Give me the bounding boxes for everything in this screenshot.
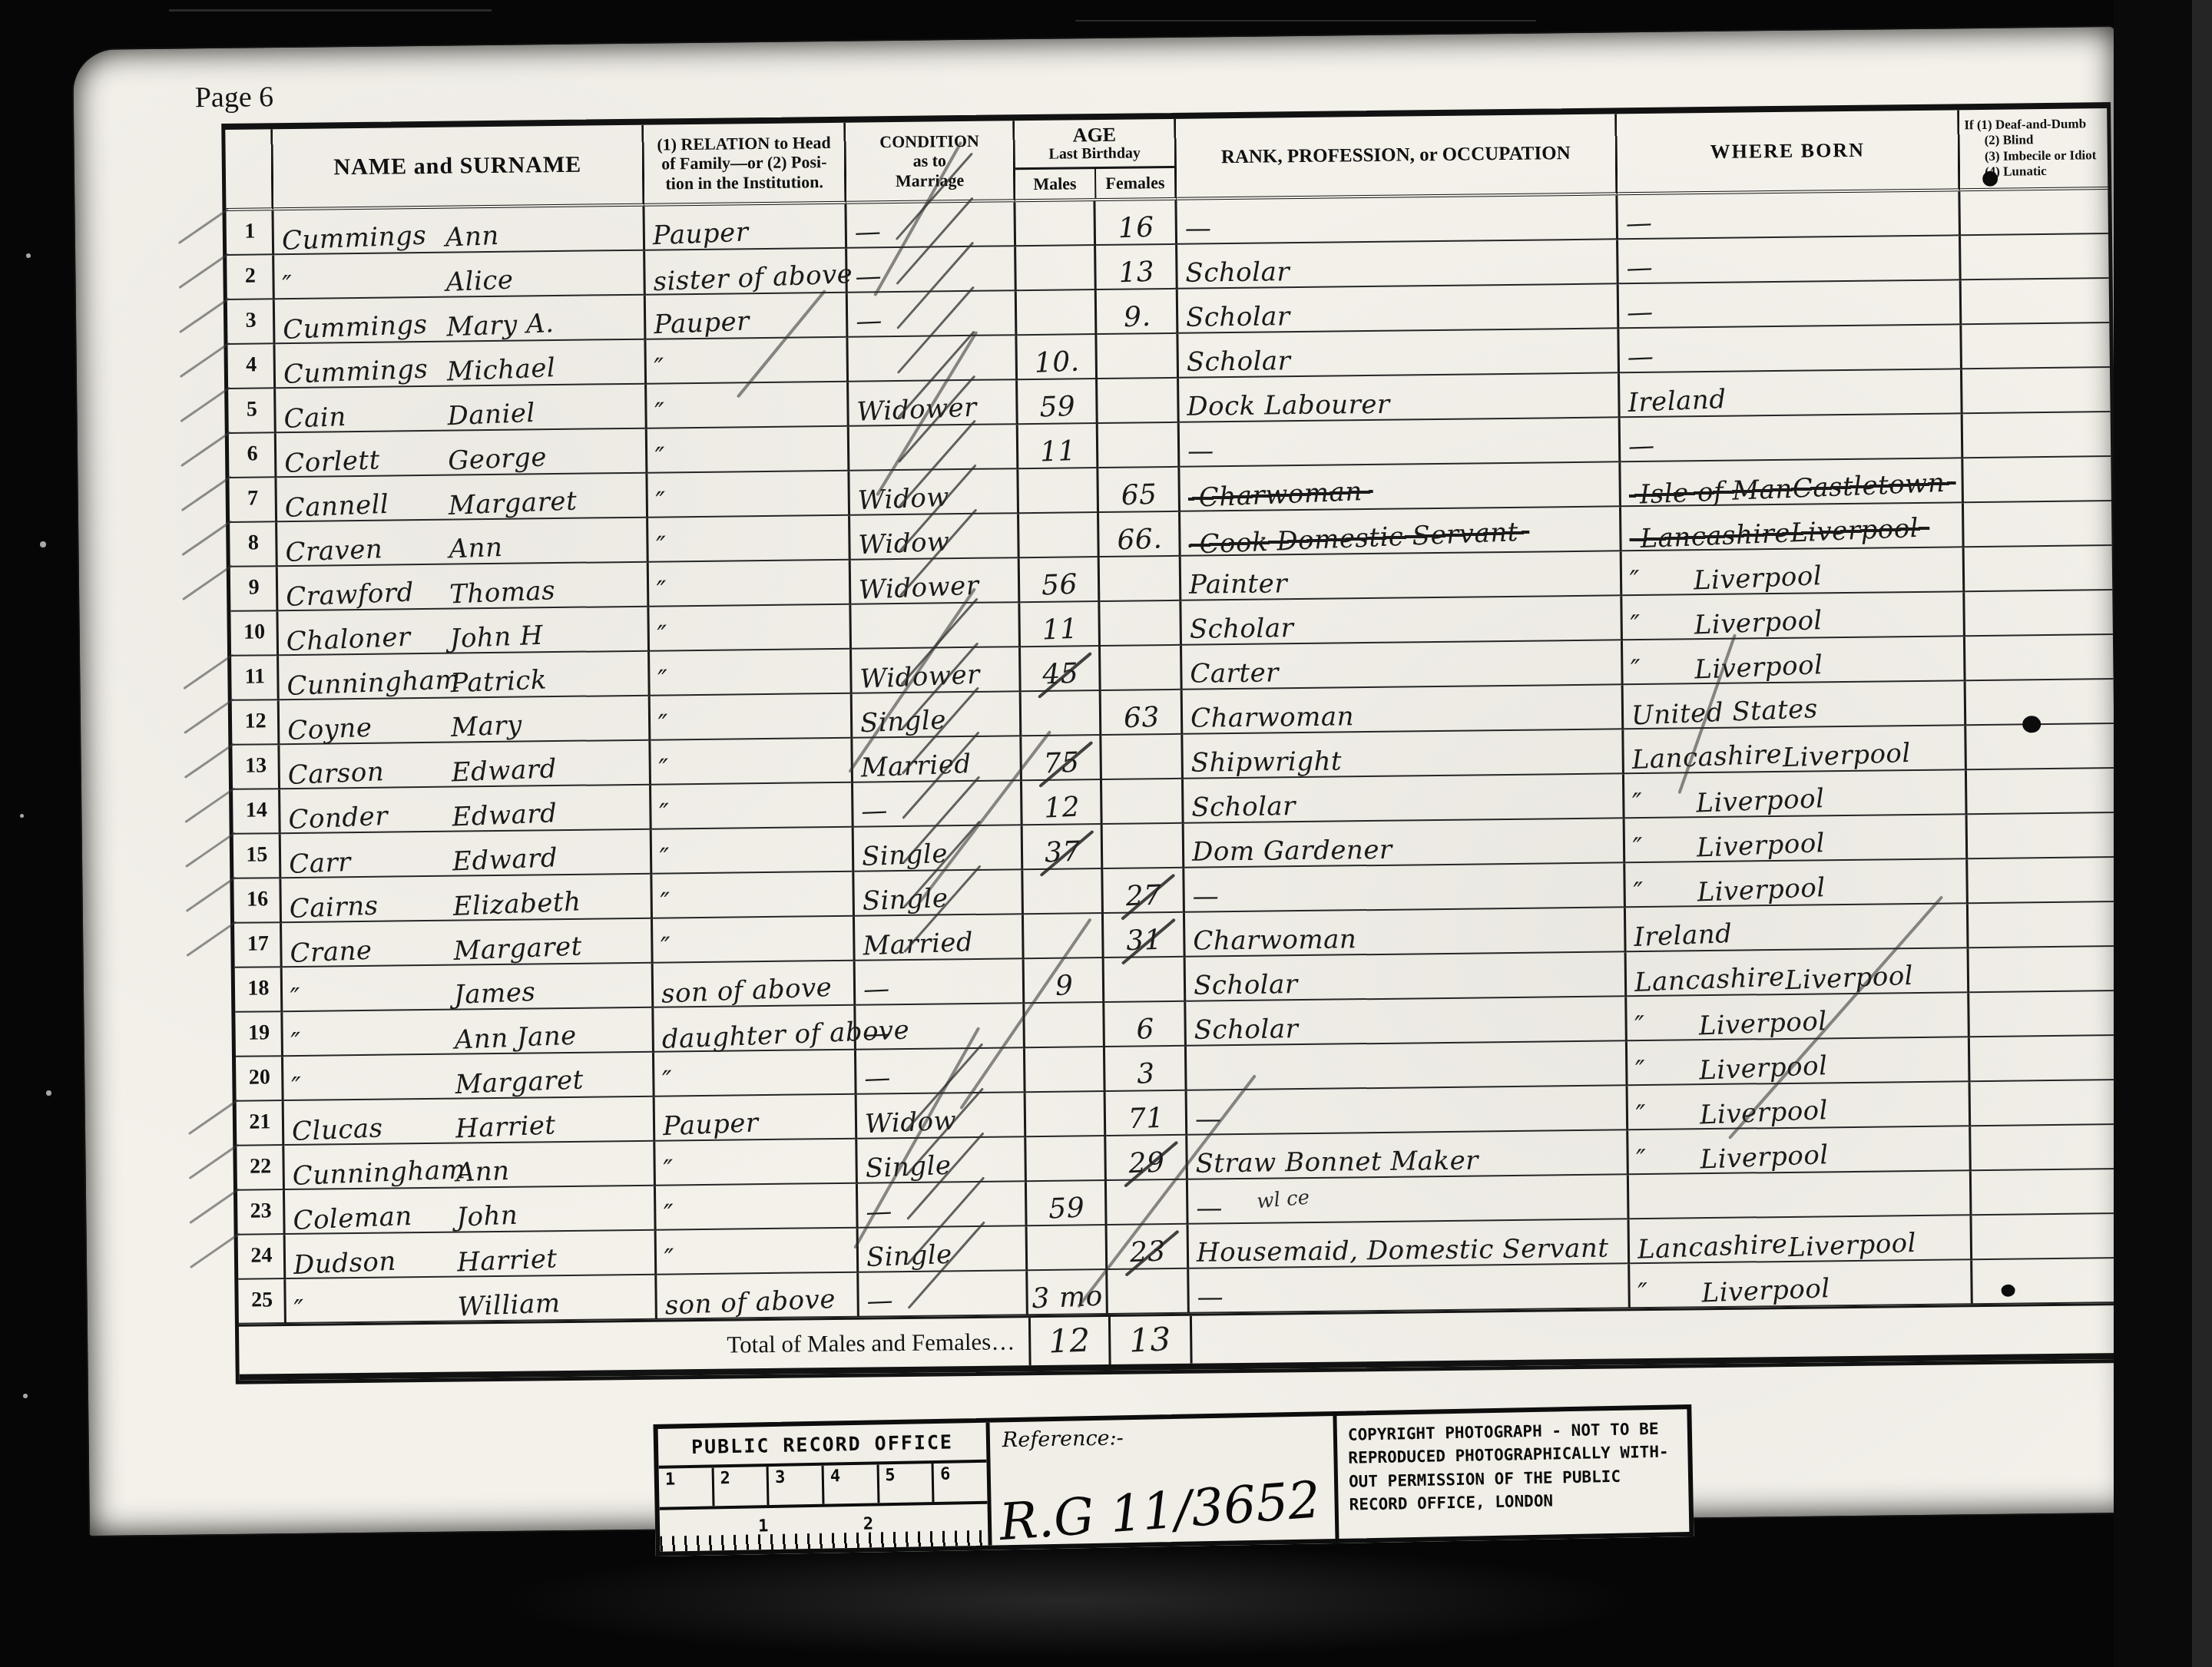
born-text: Ireland (1634, 922, 1733, 949)
cell-surname: Dudson (293, 1246, 457, 1278)
row-number: 11 (231, 656, 280, 701)
film-scratch (1075, 20, 1536, 21)
ink-blob (2002, 1285, 2015, 1297)
row-number: 15 (233, 834, 282, 879)
totals-females: 13 (1129, 1323, 1172, 1357)
born-prefix: ″ (1629, 565, 1694, 594)
cell-name: ″Margaret (283, 1053, 655, 1101)
cell-infirmity (1960, 190, 2108, 236)
relation-text: ″ (655, 444, 667, 470)
cell-condition: — (859, 1271, 1028, 1317)
occupation-value: Charwoman (1198, 476, 1363, 513)
cell-relation: ″ (647, 471, 850, 518)
age-female-value: 71 (1128, 1104, 1164, 1133)
relation-text: ″ (654, 399, 666, 425)
occupation-text: Scholar (1190, 615, 1294, 643)
film-speck (20, 814, 24, 818)
born-prefix: ″ (1635, 1055, 1700, 1083)
born-text: ″Liverpool (1633, 832, 1772, 860)
ruler-fine-number: 1 (758, 1517, 769, 1536)
cell-occupation: Straw Bonnet Maker (1187, 1130, 1629, 1180)
born-place: Liverpool (1701, 1275, 1830, 1307)
occupation-value: Dock Labourer (1187, 389, 1390, 422)
cell-occupation: Scholar (1178, 329, 1620, 379)
born-prefix: ″ (1634, 1010, 1699, 1039)
microfilm-scan: Page 6 NAME and SURNAME (1) RELATION to … (0, 0, 2212, 1667)
born-prefix: Lancashire (1631, 741, 1783, 773)
ruler-inch-number: 1 (659, 1467, 715, 1507)
cell-name: ″William (286, 1275, 657, 1324)
cell-forename: John H (449, 623, 544, 653)
cell-relation: ″ (649, 605, 852, 652)
margin-check-mark (189, 1143, 240, 1179)
header-name: NAME and SURNAME (273, 125, 644, 210)
occupation-text: Charwoman (1187, 478, 1373, 511)
cell-age-female: 3 (1105, 1047, 1187, 1092)
cell-occupation: — (1184, 863, 1626, 913)
cell-surname: ″ (291, 1068, 455, 1100)
cell-where-born: ″Liverpool (1623, 637, 1966, 685)
cell-age-male (1018, 468, 1099, 514)
row-number: 6 (229, 433, 277, 478)
cell-where-born: LancashireLiverpool (1624, 726, 1967, 774)
row-number: 5 (228, 389, 276, 434)
occupation-value: Scholar (1194, 1014, 1298, 1046)
cell-where-born: ″Liverpool (1630, 1260, 1973, 1308)
born-text: LancashireLiverpool (1632, 742, 1911, 771)
born-prefix: Lancashire (1640, 520, 1791, 552)
born-prefix: Lancashire (1634, 964, 1785, 996)
row-number: 20 (236, 1057, 284, 1102)
relation-text: Pauper (652, 219, 749, 249)
cell-occupation: Housemaid, Domestic Servant (1189, 1219, 1631, 1269)
cell-name: ″Alice (274, 251, 646, 299)
born-text: ″Liverpool (1635, 1055, 1774, 1083)
cell-age-female: 9. (1097, 289, 1179, 335)
cell-forename: Margaret (454, 1067, 584, 1098)
cell-where-born: ″Liverpool (1625, 859, 1969, 908)
cell-forename: Michael (446, 355, 556, 385)
relation-text: ″ (658, 756, 670, 782)
occupation-text: — (1193, 883, 1220, 909)
row-number: 4 (227, 344, 276, 389)
age-male-value: 75 (1043, 749, 1080, 779)
cell-occupation: Cook Domestic Servant (1181, 507, 1622, 557)
born-place: Liverpool (1787, 1230, 1916, 1262)
cell-forename: Ann (448, 534, 502, 563)
cell-where-born: LancashireLiverpool (1627, 948, 1970, 997)
age-female-value: 3 (1136, 1060, 1155, 1089)
header-where-born: WHERE BORN (1617, 110, 1960, 195)
cell-infirmity (1972, 1214, 2120, 1260)
age-male-value: 45 (1042, 660, 1079, 690)
stamp-ruler-fine: 12 (660, 1504, 988, 1552)
row-number: 21 (237, 1101, 285, 1146)
relation-text: ″ (659, 800, 671, 826)
born-place: Liverpool (1697, 875, 1826, 906)
born-prefix: ″ (1632, 832, 1697, 861)
cell-age-male: 11 (1018, 424, 1099, 469)
born-text: — (1626, 210, 1653, 236)
cell-age-male: 59 (1027, 1181, 1108, 1226)
cell-name: CraneMargaret (282, 919, 654, 967)
row-number: 2 (227, 255, 275, 300)
cell-relation: ″ (651, 694, 853, 741)
born-prefix: — (1626, 299, 1654, 326)
cell-relation: ″ (651, 783, 854, 830)
born-prefix: ″ (1632, 788, 1697, 816)
cell-infirmity (1963, 457, 2111, 503)
cell-relation: ″ (655, 1139, 858, 1186)
cell-surname: ″ (290, 979, 455, 1011)
cell-infirmity (1972, 1259, 2121, 1305)
cell-name: DudsonHarriet (286, 1231, 657, 1279)
cell-surname: Cummings (281, 222, 445, 254)
cell-relation: sister of above (645, 249, 848, 296)
cell-relation: son of above (654, 961, 856, 1008)
condition-text: — (863, 976, 890, 1003)
born-prefix: ″ (1631, 654, 1695, 683)
cell-name: CainDaniel (276, 385, 647, 433)
table-body: 1CummingsAnnPauper—16——2″Alicesister of … (227, 190, 2121, 1325)
cell-name: CarsonEdward (280, 741, 651, 789)
margin-check-mark (188, 1099, 239, 1135)
cell-relation: Pauper (655, 1095, 858, 1142)
margin-check-mark (184, 743, 235, 779)
cell-infirmity (1967, 769, 2115, 815)
cell-surname: Cannell (284, 489, 449, 521)
cell-occupation: Scholar (1177, 240, 1619, 289)
cell-surname: Cummings (283, 311, 447, 343)
cell-relation: son of above (657, 1273, 859, 1320)
cell-relation: ″ (653, 917, 856, 964)
cell-infirmity (1971, 1080, 2119, 1126)
cell-name: CunninghamAnn (284, 1142, 656, 1190)
margin-check-mark (190, 1232, 240, 1268)
cell-relation: ″ (652, 828, 855, 875)
cell-where-born: ″Liverpool (1624, 770, 1968, 819)
film-edge-strip (2192, 0, 2212, 1667)
occupation-text: — (1195, 1106, 1222, 1132)
born-text: — (1627, 299, 1654, 326)
born-prefix: — (1628, 432, 1655, 459)
header-age: AGE Last Birthday Males Females (1015, 119, 1177, 202)
cell-surname: Craven (285, 534, 449, 566)
row-number: 1 (227, 210, 275, 256)
born-place: Liverpool (1700, 1142, 1829, 1173)
cell-where-born: ″Liverpool (1628, 1082, 1972, 1130)
cell-occupation: — (1180, 418, 1621, 468)
row-number: 10 (230, 611, 279, 657)
born-text: — (1628, 433, 1655, 459)
occupation-value: — (1197, 1282, 1224, 1312)
cell-age-male: 56 (1020, 557, 1101, 603)
age-female-value: 13 (1118, 259, 1155, 288)
cell-name: CravenAnn (277, 518, 649, 567)
cell-infirmity (1965, 635, 2114, 681)
born-place: Liverpool (1699, 1097, 1828, 1129)
census-page: Page 6 NAME and SURNAME (1) RELATION to … (73, 27, 2133, 1536)
cell-name: CorlettGeorge (276, 429, 648, 478)
row-number: 14 (233, 789, 281, 835)
totals-label: Total of Males and Females… (239, 1318, 1029, 1374)
occupation-value: Scholar (1187, 346, 1291, 378)
cell-name: ConderEdward (280, 786, 652, 834)
cell-age-female: 63 (1101, 690, 1184, 736)
relation-text: ″ (659, 845, 671, 871)
cell-forename: Harriet (456, 1245, 558, 1275)
cell-relation: daughter of above (654, 1006, 856, 1053)
relation-text: ″ (662, 1067, 674, 1093)
cell-age-female (1101, 735, 1184, 780)
born-prefix: Lancashire (1637, 1231, 1788, 1263)
age-female-value: 31 (1126, 926, 1163, 955)
relation-text: ″ (655, 488, 667, 514)
cell-surname: Coyne (287, 712, 452, 744)
occupation-value: Carter (1190, 657, 1279, 689)
age-female-value: 23 (1129, 1238, 1166, 1267)
header-relation-line: tion in the Institution. (665, 172, 823, 193)
born-text: ″Liverpool (1636, 1100, 1775, 1127)
cell-where-born: Isle of ManCastletown (1621, 458, 1964, 507)
born-text: United States (1631, 698, 1818, 726)
cell-occupation: Shipwright (1183, 729, 1624, 779)
cell-infirmity (1962, 323, 2110, 369)
cell-name: CrawfordThomas (278, 563, 650, 611)
occupation-text: Scholar (1187, 348, 1291, 375)
born-prefix: Ireland (1628, 386, 1727, 416)
row-number: 23 (237, 1190, 286, 1235)
cell-name: ″James (283, 964, 654, 1012)
condition-text: Single (859, 707, 946, 736)
cell-age-male (1026, 1092, 1107, 1137)
occupation-value: — (1192, 881, 1219, 911)
cell-age-male: 10. (1017, 335, 1098, 380)
cell-forename: Edward (451, 800, 557, 830)
cell-age-male: 11 (1020, 602, 1101, 647)
cell-occupation: — (1187, 1086, 1629, 1136)
cell-occupation: Charwoman (1183, 685, 1624, 735)
margin-check-mark (180, 386, 230, 422)
occupation-text: Straw Bonnet Maker (1195, 1147, 1479, 1176)
cell-surname: Cain (283, 400, 448, 432)
cell-age-female (1102, 779, 1184, 825)
cell-name: CummingsMary A. (275, 296, 647, 344)
cell-age-male (1023, 869, 1104, 915)
margin-check-mark (180, 342, 230, 378)
cell-occupation: Charwoman (1185, 908, 1627, 958)
cell-surname: Cunningham (292, 1157, 456, 1189)
cell-where-born: — (1621, 414, 1964, 462)
cell-occupation: Charwoman (1180, 462, 1621, 512)
film-scratch (169, 9, 492, 12)
relation-text: ″ (661, 934, 672, 960)
film-speck (46, 1090, 51, 1096)
cell-age-female (1098, 423, 1181, 468)
condition-text: — (856, 308, 883, 335)
cell-occupation: Scholar (1186, 952, 1628, 1002)
relation-text: ″ (657, 622, 668, 648)
cell-forename: Ann (455, 1158, 510, 1186)
cell-age-female: 6 (1104, 1002, 1187, 1047)
occupation-text: Scholar (1185, 259, 1290, 286)
cell-condition: — (856, 959, 1025, 1005)
margin-check-mark (178, 253, 229, 289)
cell-where-born (1629, 1171, 1972, 1219)
occupation-text: Cook Domestic Servant (1188, 519, 1529, 558)
cell-where-born: Ireland (1620, 369, 1963, 418)
cell-where-born: LancashireLiverpool (1621, 503, 1965, 551)
cell-name: ColemanJohn (285, 1186, 657, 1235)
cell-surname: Conder (288, 801, 452, 833)
census-table: NAME and SURNAME (1) RELATION to Headof … (221, 102, 2124, 1384)
born-prefix: ″ (1630, 610, 1694, 638)
margin-check-mark (181, 520, 232, 556)
cell-age-male: 3 mo (1028, 1270, 1108, 1315)
condition-text: Married (860, 751, 972, 782)
cell-age-female: 65 (1098, 468, 1181, 513)
cell-age-male: 75 (1022, 736, 1102, 781)
film-speck (23, 1394, 28, 1398)
relation-text: Pauper (662, 1110, 759, 1139)
row-number: 25 (238, 1279, 286, 1325)
cell-relation: ″ (649, 561, 852, 607)
ruler-inch-number: 5 (879, 1464, 935, 1503)
age-female-value: 29 (1128, 1149, 1165, 1178)
cell-age-female: 23 (1108, 1225, 1190, 1270)
margin-check-mark (180, 431, 231, 467)
cell-age-female (1100, 557, 1182, 602)
ruler-inch-number: 3 (769, 1466, 825, 1505)
cell-where-born: Ireland (1626, 904, 1969, 952)
cell-forename: Edward (451, 756, 557, 786)
condition-text: Married (863, 929, 974, 960)
age-male-value: 11 (1041, 616, 1078, 645)
born-prefix: — (1627, 343, 1654, 370)
stamp-reference-box: Reference:- R.G 11/3652 (990, 1416, 1339, 1546)
occupation-value: Dom Gardener (1192, 835, 1392, 868)
born-text: — (1626, 255, 1653, 281)
condition-text: Widower (856, 395, 978, 425)
born-place: Liverpool (1696, 830, 1825, 862)
occupation-text: Charwoman (1190, 703, 1354, 731)
born-prefix: ″ (1637, 1278, 1702, 1306)
cell-infirmity (1966, 680, 2114, 726)
occupation-text: Scholar (1194, 971, 1298, 999)
born-text: LancashireLiverpool (1629, 514, 1930, 552)
margin-check-mark (186, 921, 237, 957)
occupation-text: — (1197, 1284, 1224, 1310)
row-number: 3 (227, 299, 276, 345)
cell-name: CummingsAnn (273, 207, 645, 255)
age-female-value: 65 (1121, 481, 1157, 511)
cell-where-born: ″Liverpool (1628, 1037, 1971, 1086)
born-text: ″Liverpool (1637, 1278, 1777, 1305)
occupation-value: Shipwright (1191, 746, 1343, 778)
header-infirmity-line: (3) Imbecile or Idiot (1965, 147, 2097, 164)
relation-text: ″ (656, 533, 667, 559)
occupation-text: Dom Gardener (1192, 837, 1392, 865)
age-male-value: 56 (1041, 571, 1078, 600)
born-text: ″Liverpool (1631, 654, 1770, 682)
header-infirmity-line: If (1) Deaf-and-Dumb (1964, 116, 2086, 133)
cell-age-female: 16 (1095, 200, 1177, 246)
occupation-value: Housemaid, Domestic Servant (1197, 1233, 1609, 1268)
occupation-text: Scholar (1186, 303, 1290, 331)
cell-surname: Chaloner (286, 623, 450, 655)
age-male-value: 59 (1048, 1195, 1085, 1224)
cell-surname: Cummings (283, 356, 447, 388)
born-prefix: ″ (1633, 877, 1697, 905)
born-text: ″Liverpool (1630, 565, 1769, 593)
age-male-value: 12 (1044, 794, 1081, 823)
totals-males: 12 (1048, 1324, 1091, 1358)
cell-infirmity (1962, 279, 2110, 325)
cell-forename: Mary A. (445, 310, 554, 340)
occupation-value: — (1185, 213, 1212, 243)
cell-forename: William (457, 1290, 561, 1320)
occupation-value: Scholar (1185, 256, 1290, 289)
cell-occupation: — (1177, 195, 1618, 245)
born-text: Isle of ManCastletown (1628, 469, 1956, 508)
cell-infirmity (1969, 991, 2118, 1037)
age-female-value: 27 (1125, 882, 1162, 911)
cell-age-male: 59 (1018, 379, 1098, 425)
cell-age-female: 27 (1103, 868, 1185, 914)
film-speck (40, 541, 46, 547)
age-female-value: 16 (1118, 214, 1154, 243)
row-number: 8 (230, 522, 278, 567)
relation-text: ″ (656, 577, 667, 604)
born-place: Castletown (1792, 470, 1945, 502)
cell-infirmity (1962, 368, 2111, 414)
cell-surname: Cunningham (286, 667, 451, 700)
cell-surname: Coleman (293, 1202, 457, 1234)
ruler-inch-number: 6 (934, 1463, 988, 1502)
born-text: ″Liverpool (1632, 788, 1771, 815)
occupation-text: Carter (1190, 660, 1279, 686)
born-text: ″Liverpool (1631, 610, 1770, 637)
row-number: 7 (229, 478, 277, 523)
cell-age-female (1100, 601, 1182, 647)
cell-age-male (1026, 1136, 1107, 1182)
born-text: — (1628, 344, 1654, 370)
cell-name: CarrEdward (281, 830, 653, 878)
cell-age-female: 29 (1106, 1136, 1188, 1181)
cell-surname: Clucas (291, 1113, 455, 1145)
cell-name: CummingsMichael (275, 340, 647, 389)
row-number: 12 (232, 700, 280, 746)
cell-age-male: 37 (1023, 825, 1104, 870)
cell-surname: Carr (289, 845, 453, 878)
margin-check-mark (189, 1188, 240, 1224)
occupation-text: — (1196, 1195, 1223, 1221)
cell-name: CannellMargaret (276, 474, 648, 522)
cell-age-female (1108, 1269, 1190, 1315)
cell-relation: ″ (654, 1050, 857, 1097)
occupation-value: Charwoman (1190, 701, 1354, 733)
header-relation-line: of Family—or (2) Posi- (661, 152, 827, 174)
cell-name: ″Ann Jane (283, 1008, 654, 1057)
cell-forename: James (453, 979, 535, 1008)
relation-text: ″ (657, 711, 669, 737)
row-number: 9 (230, 567, 279, 612)
born-prefix: ″ (1636, 1144, 1700, 1173)
ruler-fine-number: 2 (863, 1515, 874, 1534)
margin-check-mark (186, 876, 237, 912)
cell-occupation: Carter (1182, 640, 1624, 690)
condition-text: — (854, 219, 882, 246)
